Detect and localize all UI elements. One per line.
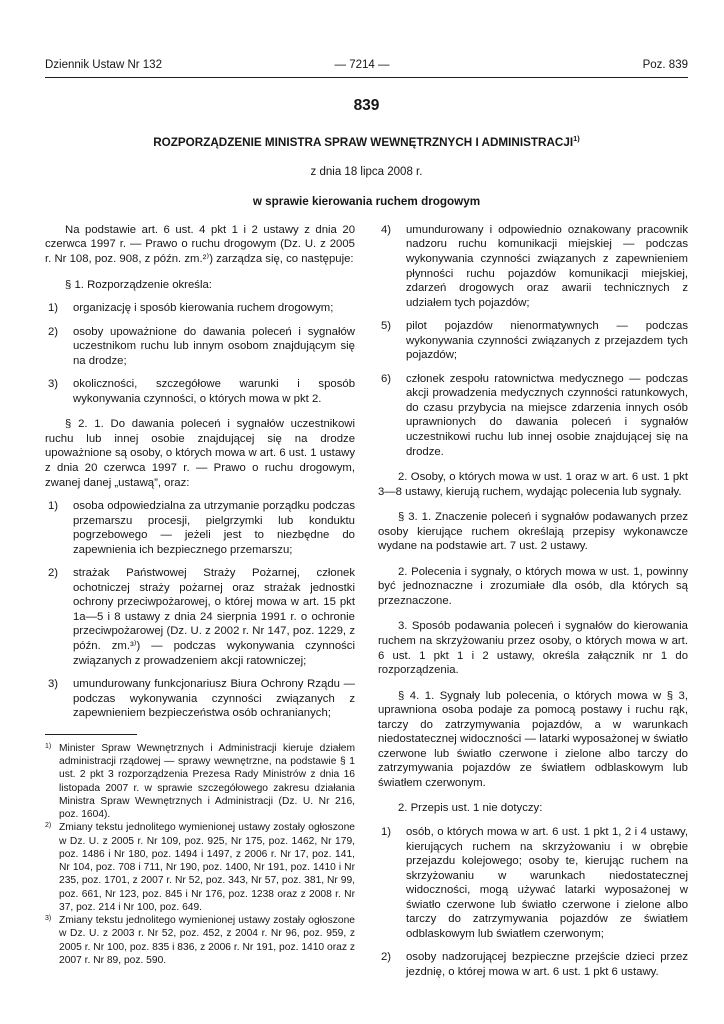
list-item: 2) osoby nadzorującej bezpieczne przejśc… [378, 950, 688, 979]
title-footnote-ref: 1) [573, 134, 580, 143]
list-item: 3) okoliczności, szczegółowe warunki i s… [45, 377, 355, 406]
footnote-3: 3) Zmiany tekstu jednolitego wymienionej… [45, 914, 355, 967]
left-column: Na podstawie art. 6 ust. 4 pkt 1 i 2 ust… [45, 223, 355, 989]
body-columns: Na podstawie art. 6 ust. 4 pkt 1 i 2 ust… [45, 223, 688, 989]
item-number: 6) [381, 372, 391, 387]
paragraph-section-3-1: § 3. 1. Znaczenie poleceń i sygnałów pod… [378, 510, 688, 554]
item-text: osoby nadzorującej bezpieczne przejście … [406, 951, 688, 978]
list-item: 6) członek zespołu ratownictwa medyczneg… [378, 372, 688, 459]
item-number: 3) [48, 677, 58, 692]
item-number: 1) [48, 301, 58, 316]
item-number: 3) [48, 377, 58, 392]
running-header: Dziennik Ustaw Nr 132 — 7214 — Poz. 839 [45, 58, 688, 78]
footnote-text: Minister Spraw Wewnętrznych i Administra… [59, 743, 355, 820]
footnote-marker: 2) [45, 819, 51, 832]
right-column: 4) umundurowany i odpowiednio oznakowany… [378, 223, 688, 989]
paragraph-section-2: § 2. 1. Do dawania poleceń i sygnałów uc… [45, 417, 355, 490]
footnotes: 1) Minister Spraw Wewnętrznych i Adminis… [45, 742, 355, 967]
footnote-separator [45, 734, 137, 735]
item-text: osób, o których mowa w art. 6 ust. 1 pkt… [406, 826, 688, 940]
item-number: 2) [48, 566, 58, 581]
item-text: pilot pojazdów nienormatywnych — podczas… [406, 320, 688, 361]
gazette-page: Dziennik Ustaw Nr 132 — 7214 — Poz. 839 … [0, 0, 724, 1024]
item-number: 4) [381, 223, 391, 238]
footnote-text: Zmiany tekstu jednolitego wymienionej us… [59, 915, 355, 966]
paragraph-section-4-1: § 4. 1. Sygnały lub polecenia, o których… [378, 689, 688, 791]
list-item: 1) osoba odpowiedzialna za utrzymanie po… [45, 499, 355, 557]
act-title-text: ROZPORZĄDZENIE MINISTRA SPRAW WEWNĘTRZNY… [153, 136, 573, 149]
list-item: 3) umundurowany funkcjonariusz Biura Och… [45, 677, 355, 721]
paragraph-section-3-3: 3. Sposób podawania poleceń i sygnałów d… [378, 619, 688, 677]
item-text: strażak Państwowej Straży Pożarnej, czło… [73, 567, 355, 666]
header-page-number: — 7214 — [0, 58, 724, 72]
footnote-1: 1) Minister Spraw Wewnętrznych i Adminis… [45, 742, 355, 822]
list-item: 2) osoby upoważnione do dawania poleceń … [45, 325, 355, 369]
act-subject-line: w sprawie kierowania ruchem drogowym [45, 195, 688, 208]
list-item: 1) organizację i sposób kierowania ruche… [45, 301, 355, 316]
act-title: ROZPORZĄDZENIE MINISTRA SPRAW WEWNĘTRZNY… [45, 134, 688, 149]
item-text: umundurowany funkcjonariusz Biura Ochron… [73, 678, 355, 719]
item-number: 1) [48, 499, 58, 514]
item-text: umundurowany i odpowiednio oznakowany pr… [406, 224, 688, 309]
item-text: osoby upoważnione do dawania poleceń i s… [73, 326, 355, 367]
list-item: 2) strażak Państwowej Straży Pożarnej, c… [45, 566, 355, 668]
act-number: 839 [45, 97, 688, 115]
paragraph-section-4-2: 2. Przepis ust. 1 nie dotyczy: [378, 801, 688, 816]
footnote-marker: 1) [45, 740, 51, 753]
item-number: 1) [381, 825, 391, 840]
item-text: osoba odpowiedzialna za utrzymanie porzą… [73, 500, 355, 556]
list-item: 4) umundurowany i odpowiednio oznakowany… [378, 223, 688, 310]
item-number: 5) [381, 319, 391, 334]
item-text: organizację i sposób kierowania ruchem d… [73, 302, 333, 314]
item-number: 2) [381, 950, 391, 965]
item-text: członek zespołu ratownictwa medycznego —… [406, 373, 688, 458]
list-item: 5) pilot pojazdów nienormatywnych — podc… [378, 319, 688, 363]
paragraph-section-1: § 1. Rozporządzenie określa: [45, 278, 355, 293]
paragraph-legal-basis: Na podstawie art. 6 ust. 4 pkt 1 i 2 ust… [45, 223, 355, 267]
item-text: okoliczności, szczegółowe warunki i spos… [73, 378, 355, 405]
list-item: 1) osób, o których mowa w art. 6 ust. 1 … [378, 825, 688, 941]
paragraph-section-3-2: 2. Polecenia i sygnały, o których mowa w… [378, 565, 688, 609]
item-number: 2) [48, 325, 58, 340]
paragraph-2-ust-2: 2. Osoby, o których mowa w ust. 1 oraz w… [378, 470, 688, 499]
act-date-line: z dnia 18 lipca 2008 r. [45, 166, 688, 178]
footnote-text: Zmiany tekstu jednolitego wymienionej us… [59, 822, 355, 913]
footnote-2: 2) Zmiany tekstu jednolitego wymienionej… [45, 821, 355, 914]
footnote-marker: 3) [45, 912, 51, 925]
